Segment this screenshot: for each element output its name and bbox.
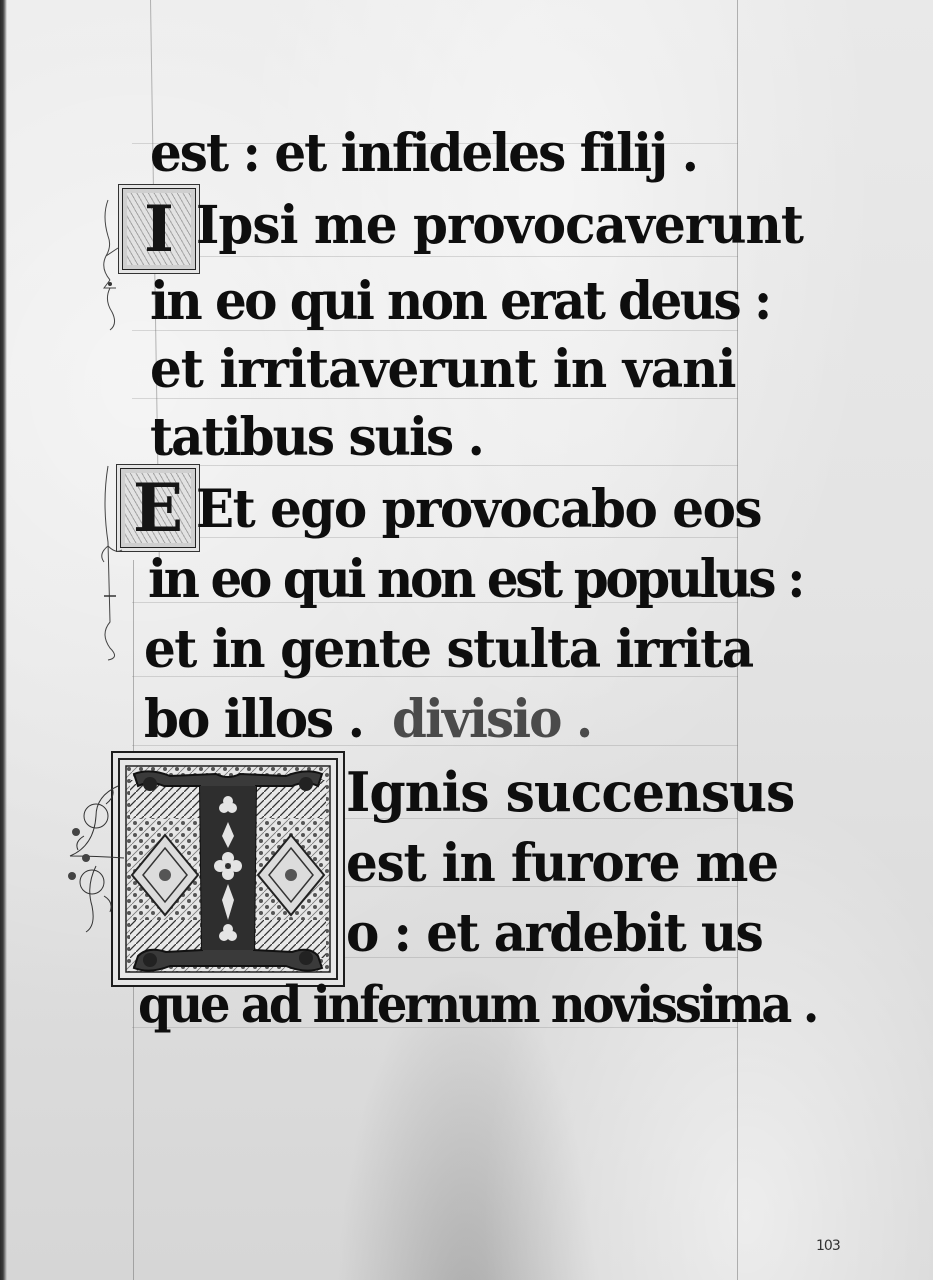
text-line-7: in eo qui non est populus : (148, 550, 802, 609)
decorated-initial-i: I (122, 188, 196, 270)
initial-letter: E (133, 469, 183, 547)
text-line-4: et irritaverunt in vani (150, 340, 735, 399)
folio-number: 103 (816, 1238, 840, 1254)
page-binding-edge (0, 0, 7, 1280)
rubric-divisio: divisio . (392, 690, 591, 749)
text-line-5: tatibus suis . (150, 408, 483, 467)
text-line-13: que ad infernum novissima . (138, 976, 816, 1035)
manuscript-page: est : et infideles filij . I Ipsi me pro… (0, 0, 933, 1280)
illuminated-initial-artwork (120, 760, 336, 978)
text-line-1: est : et infideles filij . (150, 124, 697, 183)
illuminated-initial-i (118, 758, 338, 980)
text-line-8: et in gente stulta irrita (144, 620, 753, 679)
marginal-flourish-upper (96, 196, 126, 336)
text-line-2: Ipsi me provocaverunt (196, 196, 803, 255)
decorated-initial-e: E (120, 468, 196, 548)
text-line-11: est in furore me (346, 834, 778, 893)
text-line-3: in eo qui non erat deus : (150, 272, 770, 331)
ruling-line (132, 256, 738, 257)
text-line-12: o : et ardebit us (346, 904, 762, 963)
initial-letter: I (144, 192, 174, 267)
marginal-flourish-middle (96, 462, 126, 662)
text-line-10: Ignis succensus (346, 764, 794, 823)
bleed-through-text (752, 130, 762, 630)
marginal-flourish-lower (66, 776, 126, 936)
text-line-9: bo illos . (144, 690, 363, 749)
text-line-6: Et ego provocabo eos (196, 480, 761, 539)
